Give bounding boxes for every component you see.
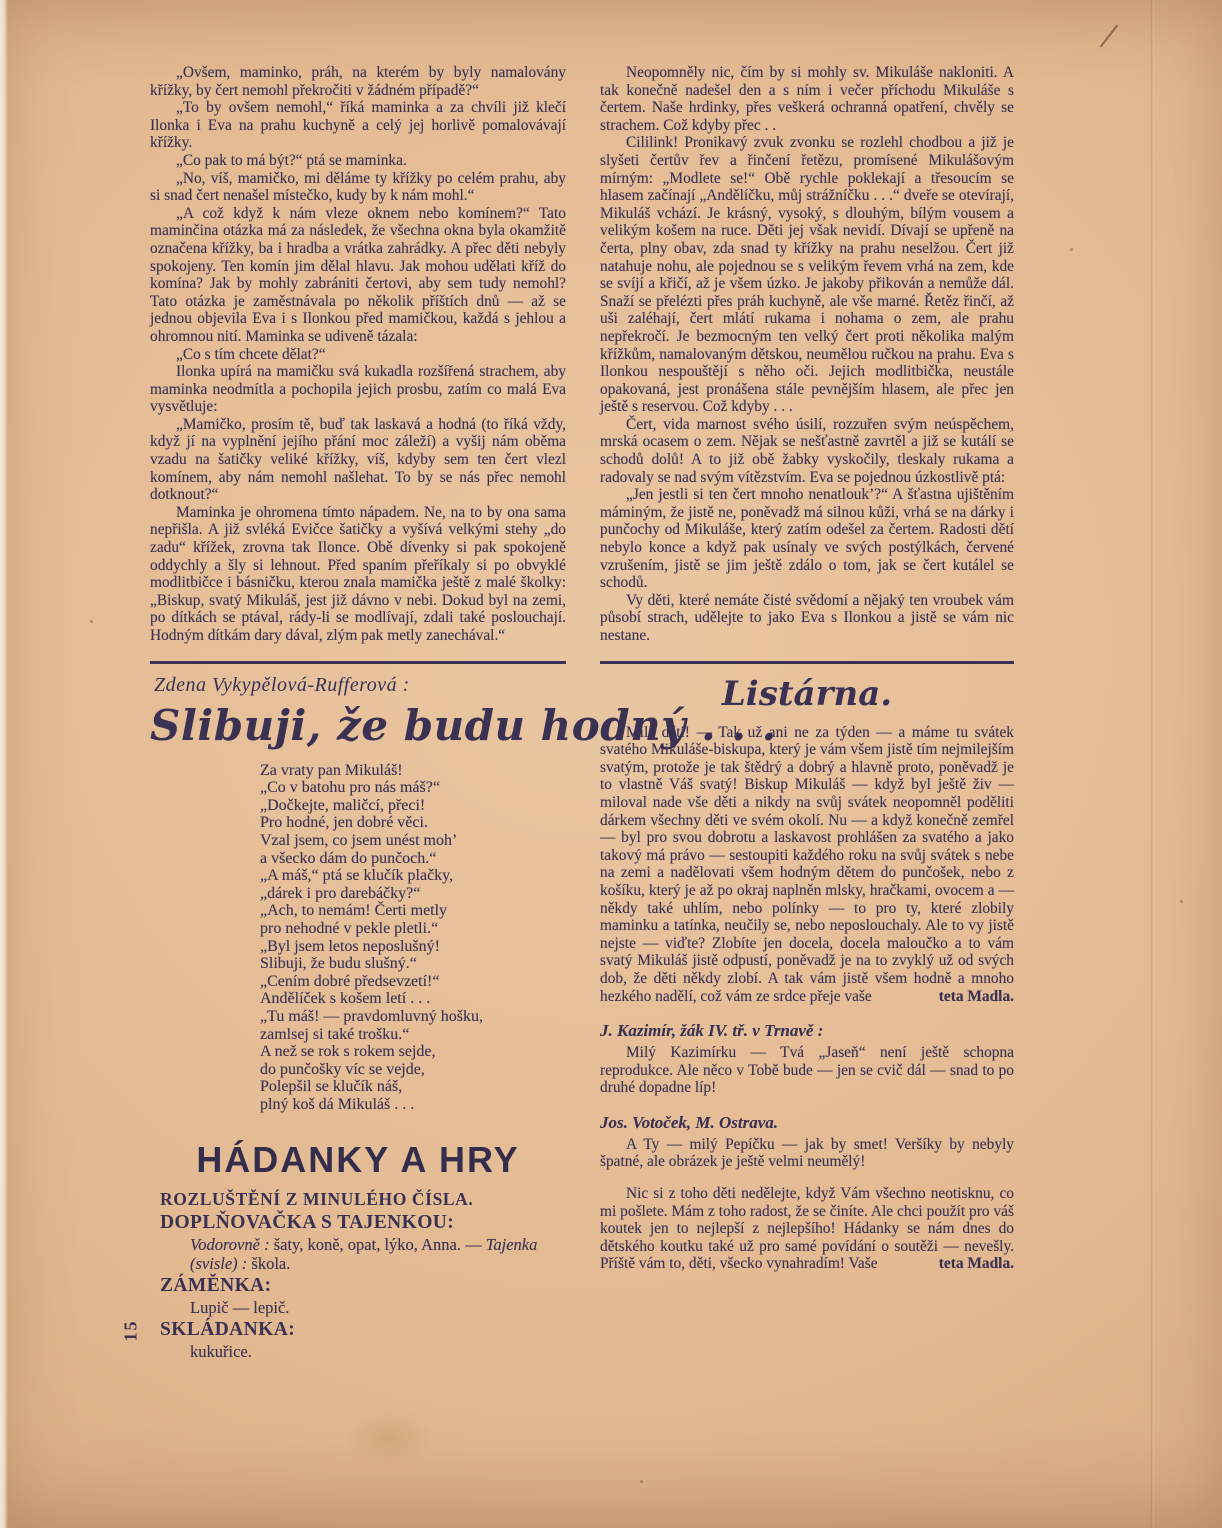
torn-paper-edge — [0, 0, 8, 1528]
puzzles-section: HÁDANKY A HRY ROZLUŠTĚNÍ Z MINULÉHO ČÍSL… — [150, 1139, 566, 1361]
paper-speck — [1180, 900, 1183, 903]
story-paragraph: „Ovšem, maminko, práh, na kterém by byly… — [150, 64, 566, 99]
paper-speck — [1070, 248, 1073, 251]
poem-line: Polepšil se klučík náš, — [260, 1078, 566, 1096]
poem-line: „Co v batohu pro nás máš?“ — [260, 779, 566, 797]
puzzle-answer: Lupič — lepič. — [190, 1298, 566, 1317]
puzzles-subtitle: ROZLUŠTĚNÍ Z MINULÉHO ČÍSLA. — [160, 1189, 566, 1210]
puzzle-answer: kukuřice. — [190, 1342, 566, 1361]
puzzle-heading: DOPLŇOVAČKA S TAJENKOU: — [160, 1212, 566, 1234]
story-paragraph: Neopomněly nic, čím by si mohly sv. Miku… — [600, 64, 1014, 134]
section-divider — [600, 661, 1014, 664]
story-paragraph: „Mamičko, prosím tě, buď tak laskavá a h… — [150, 416, 566, 504]
poem-line: „Ach, to nemám! Čerti metly — [260, 902, 566, 920]
section-divider — [150, 661, 566, 664]
story-paragraph: „No, víš, mamičko, mi děláme ty křížky p… — [150, 170, 566, 205]
listarna-intro: Milé děti! — Tak už ani ne za týden — a … — [600, 724, 1014, 1006]
poem-line: Za vraty pan Mikuláš! — [260, 762, 566, 780]
poem-line: „A máš,“ ptá se klučík plačky, — [260, 867, 566, 885]
listarna-closing: Nic si z toho děti nedělejte, když Vám v… — [600, 1185, 1014, 1273]
poem-line: pro nehodné v pekle pletli.“ — [260, 920, 566, 938]
story-paragraph: Ilonka upírá na mamičku svá kukadla rozš… — [150, 363, 566, 416]
listarna-intro-text: Milé děti! — Tak už ani ne za týden — a … — [600, 724, 1014, 1005]
listarna-signature: teta Madla. — [939, 988, 1014, 1006]
letter-body: Milý Kazimírku — Tvá „Jaseň“ není ještě … — [600, 1044, 1014, 1097]
magazine-page: „Ovšem, maminko, práh, na kterém by byly… — [0, 0, 1222, 1528]
puzzle-text: šaty, koně, opat, lýko, Anna. — — [270, 1235, 486, 1254]
poem: Za vraty pan Mikuláš! „Co v batohu pro n… — [260, 762, 566, 1114]
poem-line: plný koš dá Mikuláš . . . — [260, 1096, 566, 1114]
paper-speck — [640, 1480, 643, 1483]
poem-line: Andělíček s košem letí . . . — [260, 990, 566, 1008]
story-paragraph: Čert, vida marnost svého úsilí, rozzuřen… — [600, 416, 1014, 486]
page-number: 15 — [121, 1320, 142, 1342]
story-paragraph: „A což když k nám vleze oknem nebo komín… — [150, 205, 566, 346]
story-paragraph: Vy děti, které nemáte čisté svědomí a ně… — [600, 592, 1014, 645]
poem-line: Slibuji, že budu slušný.“ — [260, 955, 566, 973]
poem-title: Slibuji, že budu hodný . . . — [150, 701, 566, 750]
poem-line: a všecko dám do punčoch.“ — [260, 850, 566, 868]
poem-line: Vzal jsem, co jsem unést moh’ — [260, 832, 566, 850]
poem-line: „Dočkejte, maličcí, přeci! — [260, 797, 566, 815]
right-column: Neopomněly nic, čím by si mohly sv. Miku… — [600, 64, 1014, 1273]
listarna-title: Listárna. — [600, 674, 1014, 714]
story-paragraph: Maminka je ohromena tímto nápadem. Ne, n… — [150, 504, 566, 645]
poem-line: „Cením dobré předsevzetí!“ — [260, 973, 566, 991]
poem-line: „dárek i pro darebáčky?“ — [260, 885, 566, 903]
fold-crease — [1150, 0, 1154, 1528]
story-paragraph: Cililink! Pronikavý zvuk zvonku se rozle… — [600, 134, 1014, 416]
left-column: „Ovšem, maminko, práh, na kterém by byly… — [150, 64, 566, 1363]
story-paragraph: „To by ovšem nemohl,“ říká maminka a za … — [150, 99, 566, 152]
poem-line: do punčošky víc se vejde, — [260, 1061, 566, 1079]
paper-stain — [345, 1408, 435, 1468]
puzzle-heading: ZÁMĚNKA: — [160, 1275, 566, 1297]
poem-line: zamlsej si také trošku.“ — [260, 1026, 566, 1044]
paper-speck — [90, 620, 93, 623]
poem-line: A než se rok s rokem sejde, — [260, 1043, 566, 1061]
story-paragraph: „Co s tím chcete dělat?“ — [150, 346, 566, 364]
story-paragraph: „Co pak to má být?“ ptá se maminka. — [150, 152, 566, 170]
scratch-mark — [1100, 24, 1119, 47]
letter-addressee: J. Kazimír, žák IV. tř. v Trnavě : — [600, 1021, 1014, 1041]
puzzle-text: škola. — [247, 1254, 290, 1273]
poem-line: „Byl jsem letos neposlušný! — [260, 938, 566, 956]
listarna-closing-signature: teta Madla. — [939, 1255, 1014, 1273]
puzzle-label: Vodorovně : — [190, 1235, 270, 1254]
puzzle-heading: SKLÁDANKA: — [160, 1319, 566, 1341]
poem-line: Pro hodné, jen dobré věci. — [260, 814, 566, 832]
story-paragraph: „Jen jestli si ten čert mnoho nenatlouk’… — [600, 486, 1014, 592]
letter-addressee: Jos. Votoček, M. Ostrava. — [600, 1113, 1014, 1133]
letter-body: A Ty — milý Pepíčku — jak by smet! Verší… — [600, 1136, 1014, 1171]
puzzle-answer: Vodorovně : šaty, koně, opat, lýko, Anna… — [190, 1235, 566, 1273]
poem-line: „Tu máš! — pravdomluvný hošku, — [260, 1008, 566, 1026]
poem-author: Zdena Vykypělová-Rufferová : — [154, 674, 566, 697]
puzzles-title: HÁDANKY A HRY — [150, 1139, 566, 1181]
